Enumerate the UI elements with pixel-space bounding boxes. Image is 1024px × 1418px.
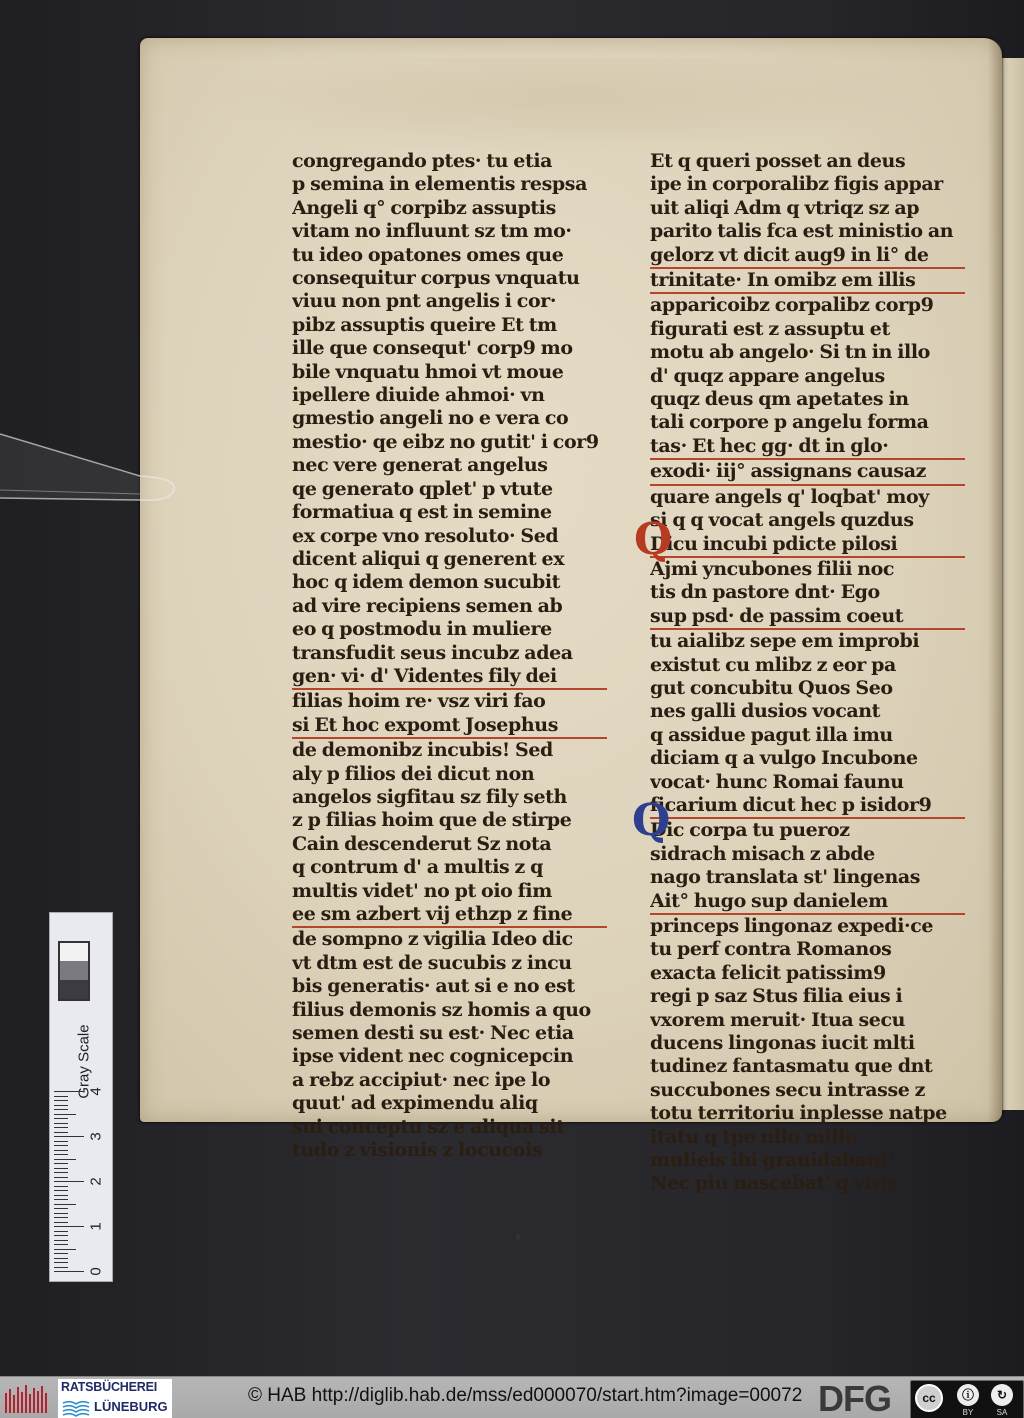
cc-license-badge[interactable]: cc ⓘ ↻ BY SA bbox=[910, 1380, 1024, 1418]
manuscript-line: filias hoim re· vsz viri fao bbox=[292, 690, 607, 713]
manuscript-line: ad vire recipiens semen ab bbox=[292, 595, 607, 618]
manuscript-line: mulieis ibi grauidabant' bbox=[650, 1149, 965, 1172]
decorated-initial-red: Q bbox=[634, 518, 672, 562]
manuscript-line: z p filias hoim que de stirpe bbox=[292, 809, 607, 832]
manuscript-line: gelorz vt dicit aug9 in li° de bbox=[650, 244, 965, 269]
manuscript-line: tudo z visionis z locucois bbox=[292, 1139, 607, 1162]
manuscript-line: aly p filios dei dicut non bbox=[292, 763, 607, 786]
ruler-number: 2 bbox=[88, 1177, 105, 1185]
ruler-tick bbox=[54, 1100, 68, 1101]
ink-dot bbox=[516, 1234, 520, 1240]
ruler-tick bbox=[54, 1186, 68, 1187]
ruler-tick bbox=[54, 1253, 68, 1254]
ruler-tick bbox=[54, 1168, 68, 1169]
manuscript-line: congregando ptes· tu etia bbox=[292, 150, 607, 173]
ruler-number: 4 bbox=[88, 1087, 105, 1095]
ruler-tick bbox=[54, 1213, 68, 1214]
manuscript-line: tu aialibz sepe em improbi bbox=[650, 630, 965, 653]
manuscript-line: d' quqz appare angelus bbox=[650, 365, 965, 388]
ruler-tick bbox=[54, 1105, 68, 1106]
attribution-person-icon: ⓘ bbox=[957, 1384, 979, 1406]
manuscript-line: trinitate· In omibz em illis bbox=[650, 269, 965, 294]
ruler-tick bbox=[54, 1141, 68, 1142]
manuscript-line: succubones secu intrasse z bbox=[650, 1079, 965, 1102]
manuscript-line: p semina in elementis respsa bbox=[292, 173, 607, 196]
manuscript-line: bis generatis· aut si e no est bbox=[292, 975, 607, 998]
manuscript-line: transfudit seus incubz adea bbox=[292, 642, 607, 665]
manuscript-line: figurati est z assuptu et bbox=[650, 318, 965, 341]
ratsbuecherei-logo: RATSBÜCHEREI LÜNEBURG bbox=[58, 1379, 172, 1418]
manuscript-line: Ait° hugo sup danielem bbox=[650, 890, 965, 915]
manuscript-line: dicent aliqui q generent ex bbox=[292, 548, 607, 571]
ruler-tick bbox=[54, 1226, 84, 1227]
manuscript-line: q assidue pagut illa imu bbox=[650, 724, 965, 747]
glass-page-weight-icon bbox=[0, 428, 178, 502]
manuscript-line: vitam no influunt sz tm mo· bbox=[292, 220, 607, 243]
manuscript-line: existut cu mlibz z eor pa bbox=[650, 654, 965, 677]
attribution-footer: RATSBÜCHEREI LÜNEBURG © HAB http://digli… bbox=[0, 1376, 1024, 1418]
ruler-tick bbox=[54, 1172, 68, 1173]
ruler-tick bbox=[54, 1258, 68, 1259]
manuscript-line: ipse vident nec cognicepcin bbox=[292, 1045, 607, 1068]
manuscript-line: Et q queri posset an deus bbox=[650, 150, 965, 173]
library-name-top: RATSBÜCHEREI bbox=[61, 1380, 157, 1394]
share-alike-icon: ↻ bbox=[991, 1384, 1013, 1406]
manuscript-line: angelos sigfitau sz fily seth bbox=[292, 786, 607, 809]
manuscript-line: sui conceptu sz e aliqua sit bbox=[292, 1116, 607, 1139]
manuscript-line: diciam q a vulgo Incubone bbox=[650, 747, 965, 770]
manuscript-line: ee sm azbert vij ethzp z fine bbox=[292, 903, 607, 928]
ruler-tick bbox=[54, 1222, 68, 1223]
copyright-link[interactable]: © HAB http://diglib.hab.de/mss/ed000070/… bbox=[248, 1385, 802, 1407]
ruler-tick bbox=[54, 1163, 68, 1164]
manuscript-page: congregando ptes· tu etiap semina in ele… bbox=[140, 38, 1002, 1122]
ruler-tick bbox=[54, 1096, 68, 1097]
decorated-initial-blue: Q bbox=[632, 799, 670, 843]
manuscript-line: de demonibz incubis! Sed bbox=[292, 739, 607, 762]
manuscript-line: gmestio angeli no e vera co bbox=[292, 407, 607, 430]
library-name-bottom: LÜNEBURG bbox=[94, 1399, 168, 1414]
manuscript-line: tu perf contra Romanos bbox=[650, 938, 965, 961]
manuscript-line: tali corpore p angelu forma bbox=[650, 411, 965, 434]
manuscript-line: ex corpe vno resoluto· Sed bbox=[292, 525, 607, 548]
ruler-tick bbox=[54, 1154, 68, 1155]
manuscript-line: mestio· qe eibz no gutit' i cor9 bbox=[292, 431, 607, 454]
ruler-tick bbox=[54, 1199, 68, 1200]
manuscript-line: si q q vocat angels quzdus bbox=[650, 509, 965, 532]
manuscript-line: totu territoriu inplesse natpe bbox=[650, 1102, 965, 1125]
manuscript-line: ficarium dicut hec p isidor9 bbox=[650, 794, 965, 819]
manuscript-line: princeps lingonaz expedi·ce bbox=[650, 915, 965, 938]
manuscript-line: de sompno z vigilia Ideo dic bbox=[292, 928, 607, 951]
manuscript-line: parito talis fca est ministio an bbox=[650, 220, 965, 243]
water-stain bbox=[210, 58, 930, 158]
ruler-tick bbox=[54, 1262, 68, 1263]
manuscript-line: ducens lingonas iucit mlti bbox=[650, 1032, 965, 1055]
manuscript-line: tis dn pastore dnt· Ego bbox=[650, 581, 965, 604]
ruler-ticks: 01234 bbox=[54, 1083, 84, 1273]
ruler-number: 3 bbox=[88, 1132, 105, 1140]
manuscript-line: quqz deus qm apetates in bbox=[650, 388, 965, 411]
manuscript-line: vocat· hunc Romai faunu bbox=[650, 771, 965, 794]
ruler-tick bbox=[54, 1244, 68, 1245]
manuscript-line: ille que consequt' corp9 mo bbox=[292, 337, 607, 360]
ruler-tick bbox=[54, 1217, 68, 1218]
manuscript-line: gut concubitu Quos Seo bbox=[650, 677, 965, 700]
dfg-logo: DFG bbox=[818, 1379, 891, 1418]
manuscript-line: regi p saz Stus filia eius i bbox=[650, 985, 965, 1008]
ruler-tick bbox=[54, 1091, 84, 1092]
manuscript-line: Angeli q° corpibz assuptis bbox=[292, 197, 607, 220]
manuscript-line: exacta felicit patissim9 bbox=[650, 962, 965, 985]
gray-scale-ruler: Gray Scale 01234 bbox=[49, 912, 113, 1282]
manuscript-line: consequitur corpus vnquatu bbox=[292, 267, 607, 290]
ruler-tick bbox=[54, 1145, 68, 1146]
manuscript-line: semen desti su est· Nec etia bbox=[292, 1022, 607, 1045]
manuscript-line: nago translata st' lingenas bbox=[650, 866, 965, 889]
ruler-tick bbox=[54, 1159, 76, 1160]
cc-icon: cc bbox=[915, 1384, 943, 1412]
open-book-icon bbox=[62, 1399, 90, 1417]
by-label: BY bbox=[957, 1408, 979, 1417]
ruler-tick bbox=[54, 1127, 68, 1128]
manuscript-line: nec vere generat angelus bbox=[292, 454, 607, 477]
ruler-tick bbox=[54, 1231, 68, 1232]
ruler-number: 1 bbox=[88, 1222, 105, 1230]
ruler-tick bbox=[54, 1150, 68, 1151]
gray-swatches bbox=[58, 941, 90, 1001]
manuscript-line: vxorem meruit· Itua secu bbox=[650, 1009, 965, 1032]
manuscript-line: Nec piu nascebat' q viris bbox=[650, 1172, 965, 1195]
manuscript-line: multis videt' no pt oio fim bbox=[292, 880, 607, 903]
manuscript-line: formatiua q est in semine bbox=[292, 501, 607, 524]
manuscript-line: Cain descenderut Sz nota bbox=[292, 833, 607, 856]
manuscript-line: gen· vi· d' Videntes fily dei bbox=[292, 665, 607, 690]
ruler-tick bbox=[54, 1132, 68, 1133]
manuscript-line: pibz assuptis queire Et tm bbox=[292, 314, 607, 337]
manuscript-line: uit aliqi Adm q vtriqz sz ap bbox=[650, 197, 965, 220]
ruler-tick bbox=[54, 1208, 68, 1209]
manuscript-line: hoc q idem demon sucubit bbox=[292, 571, 607, 594]
ruler-tick bbox=[54, 1195, 68, 1196]
manuscript-line: eo q postmodu in muliere bbox=[292, 618, 607, 641]
ruler-tick bbox=[54, 1181, 84, 1182]
manuscript-line: bile vnquatu hmoi vt moue bbox=[292, 361, 607, 384]
text-column-right: Et q queri posset an deusipe in corporal… bbox=[650, 150, 965, 1196]
ruler-tick bbox=[54, 1109, 68, 1110]
ruler-tick bbox=[54, 1267, 68, 1268]
manuscript-line: quut' ad expimendu aliq bbox=[292, 1092, 607, 1115]
manuscript-line: motu ab angelo· Si tn in illo bbox=[650, 341, 965, 364]
manuscript-line: Dicu incubi pdicte pilosi bbox=[650, 533, 965, 558]
manuscript-line: sup psd· de passim coeut bbox=[650, 605, 965, 630]
page-gutter-shadow bbox=[988, 38, 1002, 1122]
ruler-tick bbox=[54, 1136, 84, 1137]
manuscript-line: tu ideo opatones omes que bbox=[292, 244, 607, 267]
manuscript-line: a rebz accipiut· nec ipe lo bbox=[292, 1069, 607, 1092]
ruler-tick bbox=[54, 1123, 68, 1124]
manuscript-line: nes galli dusios vocant bbox=[650, 700, 965, 723]
ruler-tick bbox=[54, 1240, 68, 1241]
manuscript-line: ipellere diuide ahmoi· vn bbox=[292, 384, 607, 407]
manuscript-line: filius demonis sz homis a quo bbox=[292, 999, 607, 1022]
ruler-number: 0 bbox=[88, 1267, 105, 1275]
ruler-tick bbox=[54, 1235, 68, 1236]
institution-bars-logo bbox=[4, 1383, 50, 1415]
ruler-tick bbox=[54, 1249, 76, 1250]
manuscript-line: Ajmi yncubones filii noc bbox=[650, 558, 965, 581]
manuscript-line: exodi· iij° assignans causaz bbox=[650, 460, 965, 485]
manuscript-line: quare angels q' loqbat' moy bbox=[650, 486, 965, 509]
sa-label: SA bbox=[991, 1408, 1013, 1417]
manuscript-line: qe generato qplet' p vtute bbox=[292, 478, 607, 501]
ruler-tick bbox=[54, 1190, 68, 1191]
manuscript-line: itatu q tpe nllo mille bbox=[650, 1126, 965, 1149]
ruler-tick bbox=[54, 1177, 68, 1178]
manuscript-line: vt dtm est de sucubis z incu bbox=[292, 952, 607, 975]
ruler-tick bbox=[54, 1114, 76, 1115]
manuscript-line: Dic corpa tu pueroz bbox=[650, 819, 965, 842]
manuscript-line: si Et hoc expomt Josephus bbox=[292, 714, 607, 739]
manuscript-line: apparicoibz corpalibz corp9 bbox=[650, 294, 965, 317]
text-column-left: congregando ptes· tu etiap semina in ele… bbox=[292, 150, 607, 1162]
manuscript-line: tudinez fantasmatu que dnt bbox=[650, 1055, 965, 1078]
manuscript-line: tas· Et hec gg· dt in glo· bbox=[650, 435, 965, 460]
manuscript-line: sidrach misach z abde bbox=[650, 843, 965, 866]
ruler-tick bbox=[54, 1204, 76, 1205]
ruler-tick bbox=[54, 1118, 68, 1119]
manuscript-line: viuu non pnt angelis i cor· bbox=[292, 290, 607, 313]
manuscript-line: q contrum d' a multis z q bbox=[292, 856, 607, 879]
ruler-tick bbox=[54, 1271, 84, 1272]
manuscript-line: ipe in corporalibz figis appar bbox=[650, 173, 965, 196]
